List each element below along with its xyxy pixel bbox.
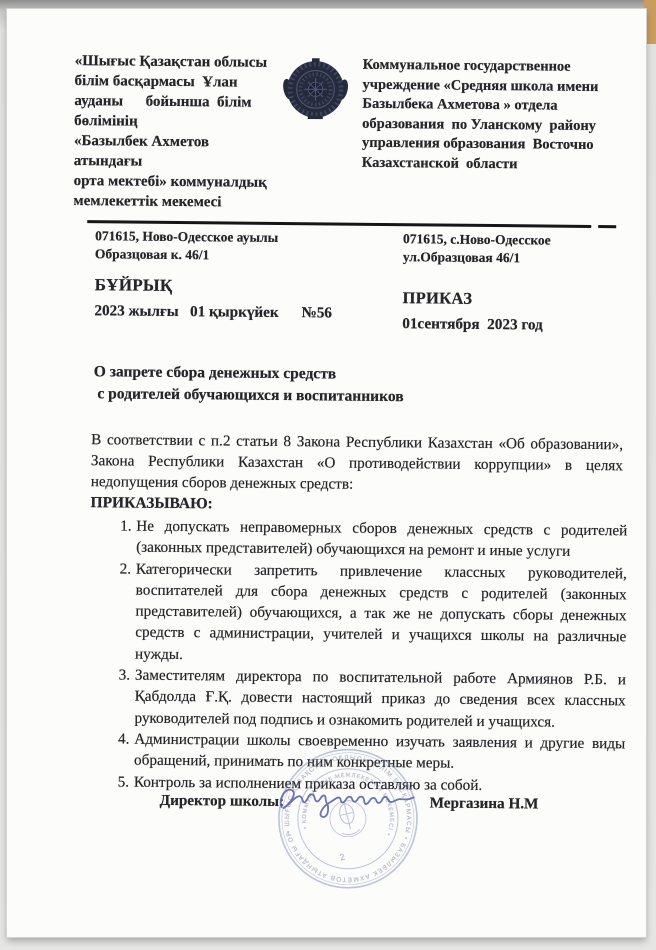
signer-name: Мергазина Н.М [430,794,539,813]
handwritten-signature [277,771,418,827]
order-heading-kazakh: БҰЙРЫҚ 2023 жылғы 01 қыркүйек №56 [94,275,403,333]
document-page: «Шығыс Қазақстан облысы білім басқармасы… [7,9,646,937]
order-item: Категорически запретить привлечение клас… [134,558,627,669]
letterhead-russian-text: Коммунальное государственное учреждение … [348,56,618,176]
order-date-ru: 01сентября 2023 год [402,315,615,335]
letterhead: «Шығыс Қазақстан облысы білім басқармасы… [73,39,618,216]
order-subject: О запрете сбора денежных средств с родит… [93,361,614,410]
kazakhstan-coat-of-arms-icon [282,57,349,124]
address-russian: 071615, с.Ново-Одесское ул.Образцовая 46… [403,230,616,267]
letterhead-kazakh-text: «Шығыс Қазақстан облысы білім басқармасы… [73,51,277,213]
intro-paragraph: В соответствии с п.2 статьи 8 Закона Рес… [91,429,624,497]
svg-text:2: 2 [339,852,346,863]
order-heading-block: БҰЙРЫҚ 2023 жылғы 01 қыркүйек №56 ПРИКАЗ… [72,275,616,335]
address-block: 071615, Ново-Одесское ауылы Образцовая к… [73,227,616,267]
document-content: «Шығыс Қазақстан облысы білім басқармасы… [67,39,618,924]
order-item: Заместителям директора по воспитательной… [133,665,626,734]
address-kazakh: 071615, Ново-Одесское ауылы Образцовая к… [95,227,403,265]
signature-block: Директор школы: • ШЫҒЫС ҚАЗАҚСТАН ОБЛЫСЫ… [67,739,629,919]
order-item: Не допускать неправомерных сборов денежн… [135,516,627,563]
order-date-kk: 2023 жылғы 01 қыркүйек №56 [94,302,402,323]
order-title-ru: ПРИКАЗ [402,288,615,310]
order-title-kk: БҰЙРЫҚ [95,275,403,298]
order-heading-russian: ПРИКАЗ 01сентября 2023 год [402,288,615,335]
